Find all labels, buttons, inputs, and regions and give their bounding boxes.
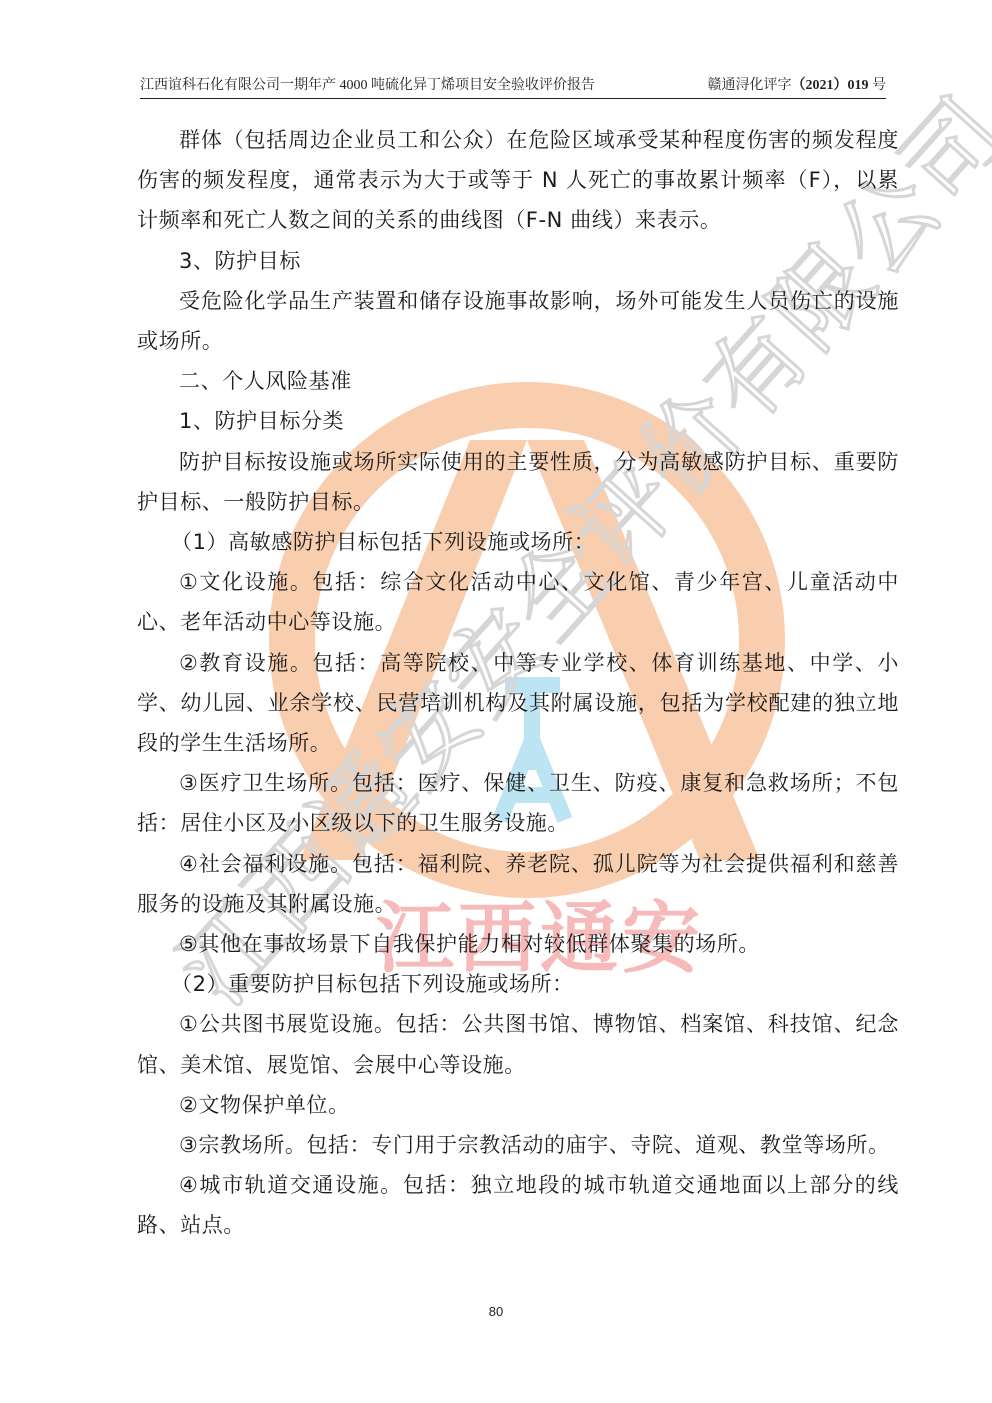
page-header: 江西谊科石化有限公司一期年产 4000 吨硫化异丁烯项目安全验收评价报告 赣通浔… — [140, 76, 886, 99]
paragraph: 受危险化学品生产装置和储存设施事故影响，场外可能发生人员伤亡的设施或场所。 — [137, 281, 899, 361]
paragraph: 群体（包括周边企业员工和公众）在危险区域承受某种程度伤害的频发程度伤害的频发程度… — [137, 120, 899, 241]
page-number: 80 — [0, 1304, 992, 1319]
section-heading: 1、防护目标分类 — [137, 401, 899, 441]
list-item: ②文物保护单位。 — [137, 1085, 899, 1125]
list-item: ①公共图书展览设施。包括：公共图书馆、博物馆、档案馆、科技馆、纪念馆、美术馆、展… — [137, 1004, 899, 1084]
list-item: ④城市轨道交通设施。包括：独立地段的城市轨道交通地面以上部分的线路、站点。 — [137, 1165, 899, 1245]
list-item: ①文化设施。包括：综合文化活动中心、文化馆、青少年宫、儿童活动中心、老年活动中心… — [137, 562, 899, 642]
paragraph: 防护目标按设施或场所实际使用的主要性质，分为高敏感防护目标、重要防护目标、一般防… — [137, 442, 899, 522]
list-item: ④社会福利设施。包括：福利院、养老院、孤儿院等为社会提供福利和慈善服务的设施及其… — [137, 844, 899, 924]
list-item: ⑤其他在事故场景下自我保护能力相对较低群体聚集的场所。 — [137, 924, 899, 964]
subsection-heading: （1）高敏感防护目标包括下列设施或场所： — [137, 522, 899, 562]
section-heading: 二、个人风险基准 — [137, 361, 899, 401]
header-number-prefix: 赣通浔化评字 — [708, 78, 792, 93]
header-number-suffix: 号 — [869, 78, 887, 93]
header-number-code: （2021）019 — [792, 78, 869, 93]
list-item: ③宗教场所。包括：专门用于宗教活动的庙宇、寺院、道观、教堂等场所。 — [137, 1125, 899, 1165]
subsection-heading: （2）重要防护目标包括下列设施或场所： — [137, 964, 899, 1004]
section-heading: 3、防护目标 — [137, 241, 899, 281]
header-report-number: 赣通浔化评字（2021）019 号 — [708, 76, 887, 98]
document-body: 群体（包括周边企业员工和公众）在危险区域承受某种程度伤害的频发程度伤害的频发程度… — [137, 120, 899, 1246]
list-item: ②教育设施。包括：高等院校、中等专业学校、体育训练基地、中学、小学、幼儿园、业余… — [137, 643, 899, 764]
header-report-title: 江西谊科石化有限公司一期年产 4000 吨硫化异丁烯项目安全验收评价报告 — [140, 76, 595, 98]
list-item: ③医疗卫生场所。包括：医疗、保健、卫生、防疫、康复和急救场所；不包括：居住小区及… — [137, 763, 899, 843]
